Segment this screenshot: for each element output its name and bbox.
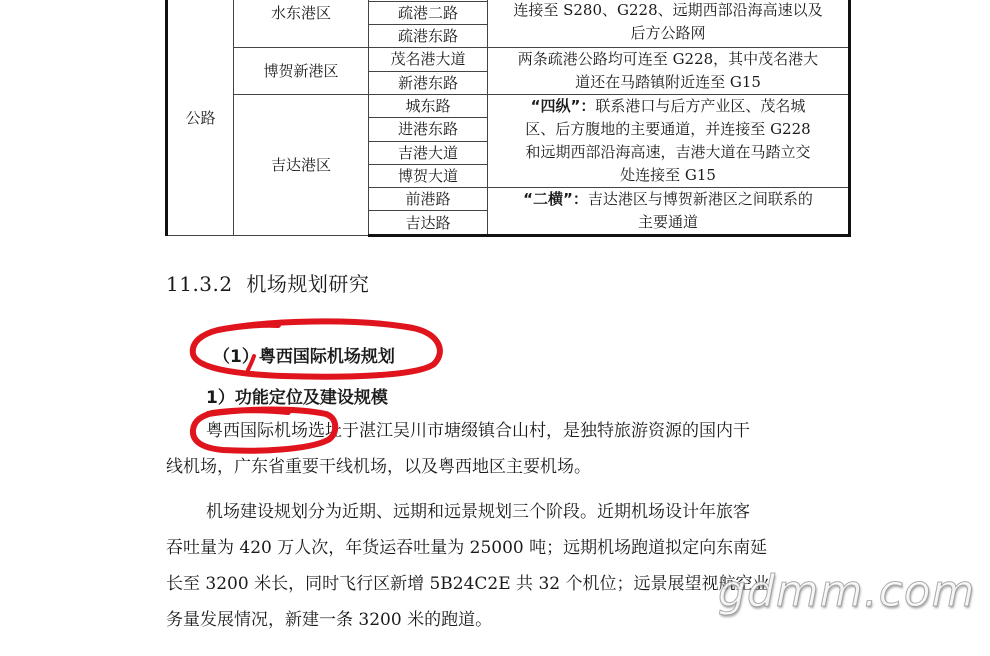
table-row: 博贺新港区 茂名港大道 两条疏港公路均可连至 G228，其中茂名港大 道还在马踏…	[167, 48, 850, 72]
paragraph: 粤西国际机场选址于湛江吴川市塘缀镇合山村，是独特旅游资源的国内干 线机场，广东省…	[166, 413, 856, 485]
paragraph-line: 粤西国际机场选址于湛江吴川市塘缀镇合山村，是独特旅游资源的国内干	[166, 413, 856, 449]
table-row: 吉达港区 城东路 “四纵”：联系港口与后方产业区、茂名城 区、后方腹地的主要通道…	[167, 95, 850, 118]
port-area-cell: 水东港区	[234, 0, 369, 48]
section-title: 机场规划研究	[246, 272, 369, 296]
description-line: 道还在马踏镇附近连至 G15	[575, 73, 761, 91]
road-cell: 新港东路	[369, 71, 488, 95]
subsection-heading: （1）粤西国际机场规划	[213, 342, 395, 367]
description-cell: “四纵”：联系港口与后方产业区、茂名城 区、后方腹地的主要通道，并连接至 G22…	[488, 95, 850, 188]
road-cell: 博贺大道	[369, 164, 488, 187]
port-area-cell: 博贺新港区	[234, 48, 369, 95]
road-cell: 前港路	[369, 188, 488, 211]
port-area-cell: 吉达港区	[234, 95, 369, 236]
description-cell: “二横”：吉达港区与博贺新港区之间联系的 主要通道	[488, 188, 850, 236]
description-line: 和远期西部沿海高速，吉港大道在马踏立交	[525, 143, 810, 161]
section-heading: 11.3.2 机场规划研究	[166, 268, 369, 297]
description-line: 区、后方腹地的主要通道，并连接至 G228	[525, 120, 810, 138]
document-page: 公路 水东港区 疏港一路 连接至 S280、G228、远期西部沿海高速以及 后方…	[0, 0, 990, 656]
description-line: 后方公路网	[630, 24, 705, 42]
description-line: 吉达港区与博贺新港区之间联系的	[588, 190, 813, 208]
port-area-label: 吉达港区	[271, 156, 331, 174]
watermark: gdmm.com	[718, 566, 976, 617]
road-cell: 疏港东路	[369, 25, 488, 48]
road-cell: 疏港二路	[369, 2, 488, 25]
road-cell: 城东路	[369, 95, 488, 118]
port-area-label: 水东港区	[271, 4, 331, 22]
description-prefix: “二横”：	[523, 190, 588, 208]
description-line: 两条疏港公路均可连至 G228，其中茂名港大	[518, 50, 818, 68]
table-row: 公路 水东港区 疏港一路 连接至 S280、G228、远期西部沿海高速以及 后方…	[167, 0, 850, 2]
description-prefix: “四纵”：	[531, 97, 596, 115]
description-line: 处连接至 G15	[620, 166, 716, 184]
road-cell: 进港东路	[369, 118, 488, 141]
subsubsection-heading: 1）功能定位及建设规模	[206, 383, 388, 408]
description-cell: 两条疏港公路均可连至 G228，其中茂名港大 道还在马踏镇附近连至 G15	[488, 48, 850, 95]
description-line: 联系港口与后方产业区、茂名城	[595, 97, 805, 115]
port-area-label: 博贺新港区	[263, 62, 338, 80]
paragraph-line: 线机场，广东省重要干线机场，以及粤西地区主要机场。	[166, 449, 856, 485]
paragraph-line: 机场建设规划分为近期、远期和远景规划三个阶段。近期机场设计年旅客	[166, 494, 856, 530]
description-line: 主要通道	[638, 213, 698, 231]
port-road-table: 公路 水东港区 疏港一路 连接至 S280、G228、远期西部沿海高速以及 后方…	[165, 0, 851, 237]
category-cell: 公路	[167, 0, 234, 236]
category-label: 公路	[185, 109, 215, 127]
road-cell: 茂名港大道	[369, 48, 488, 72]
description-cell: 连接至 S280、G228、远期西部沿海高速以及 后方公路网	[488, 0, 850, 48]
section-number: 11.3.2	[166, 272, 233, 296]
road-cell: 吉港大道	[369, 141, 488, 164]
paragraph-line: 吞吐量为 420 万人次，年货运吞吐量为 25000 吨；远期机场跑道拟定向东南…	[166, 530, 856, 566]
road-cell: 吉达路	[369, 211, 488, 236]
description-line: 连接至 S280、G228、远期西部沿海高速以及	[513, 1, 822, 19]
